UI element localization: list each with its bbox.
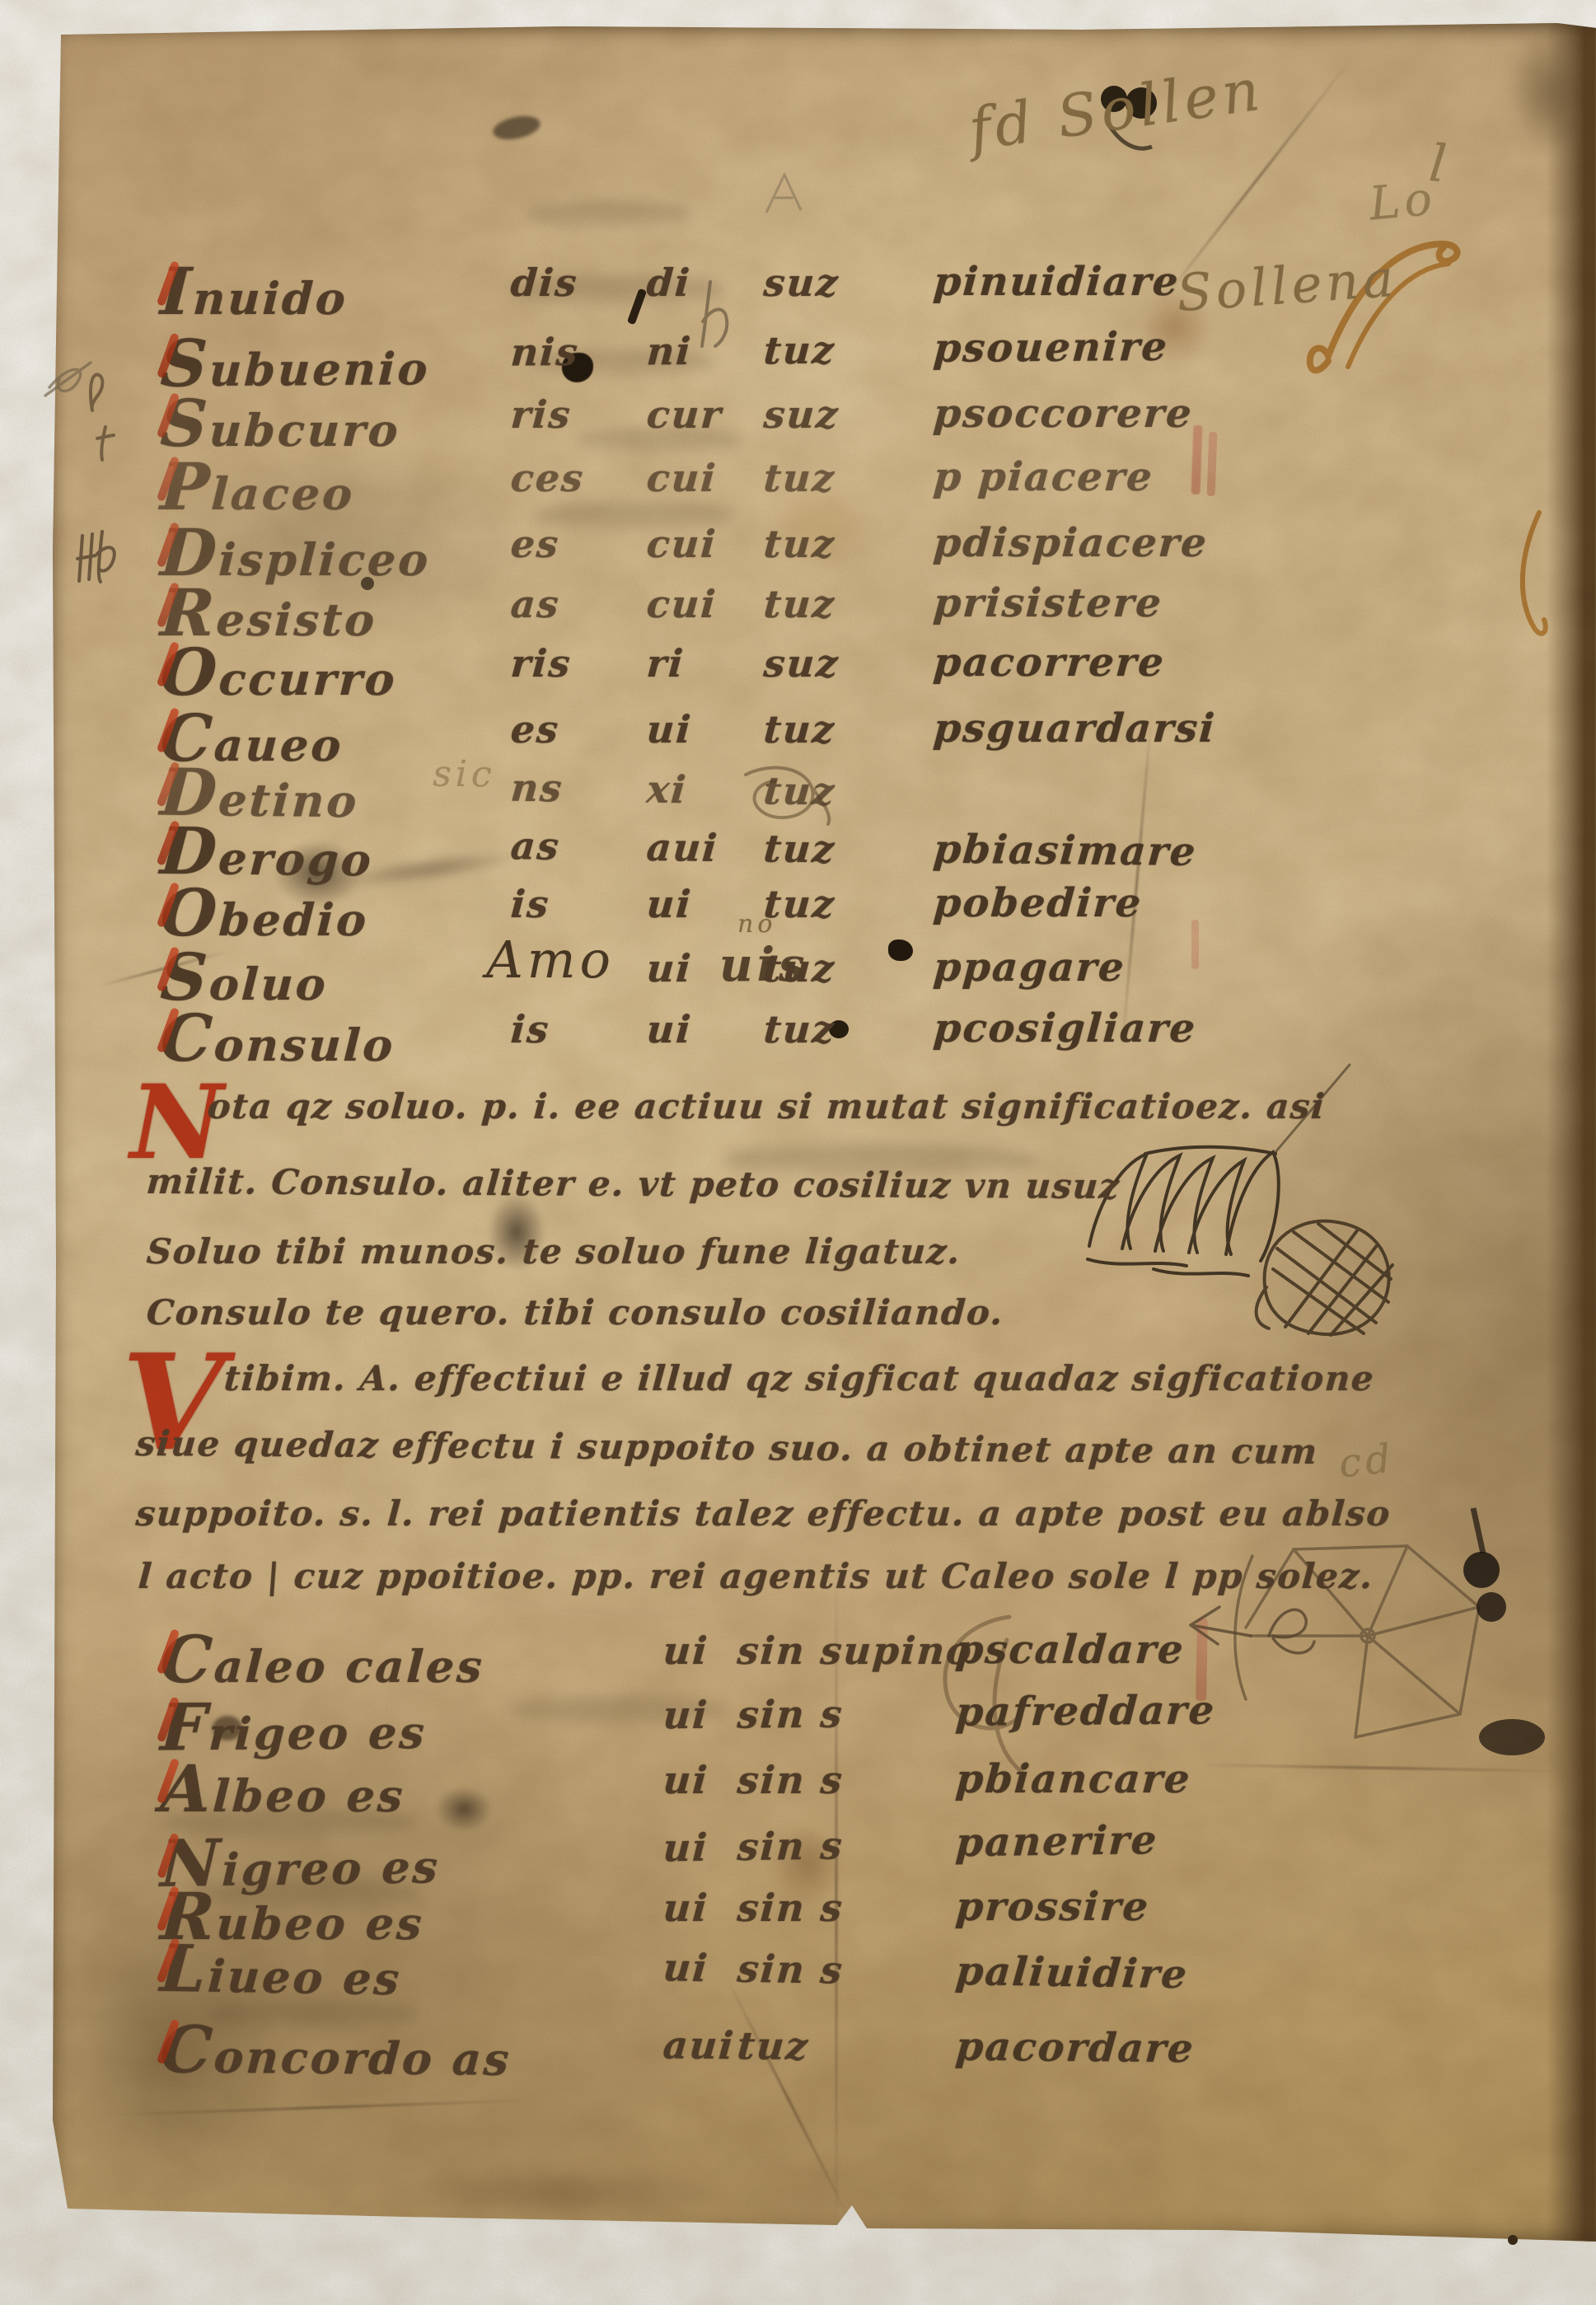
vernacular-gloss: pacordare <box>954 2024 1196 2072</box>
supine-note: sin s <box>736 1692 845 1737</box>
supine-note: tuz <box>736 2023 811 2068</box>
verb-ending: ris <box>509 641 573 686</box>
supine-note: sin supino <box>736 1628 975 1673</box>
vernacular-gloss: pacorrere <box>932 639 1167 686</box>
verb-ending: nis <box>509 330 580 375</box>
vernacular-gloss: psouenire <box>932 324 1170 372</box>
interlinear-superscript: no <box>737 910 776 939</box>
verb-ending: ns <box>509 766 565 811</box>
supine-ending: tuz <box>762 582 837 626</box>
verb-lemma: Inuido <box>159 254 350 330</box>
paragraph-line: tibim. A. effectiui e illud qz sigficat … <box>222 1358 1376 1398</box>
supine-note: sin s <box>736 1758 845 1802</box>
vernacular-gloss: pscaldare <box>954 1627 1186 1673</box>
verb-lemma: Occurro <box>159 635 400 710</box>
table-row: Soluo Amo no uis ui tuz ppagare <box>161 939 1446 1005</box>
table-row: Inuido dis di suz pinuidiare <box>161 254 1446 320</box>
perfect-ending: ri <box>645 641 686 686</box>
vernacular-gloss: pbiancare <box>954 1756 1192 1802</box>
manuscript-scan: fd Sollen Sollena l Lo cd Inuido dis di … <box>0 0 1596 2305</box>
perfect-ending: ui <box>662 1758 710 1802</box>
perfect-ending: ui <box>645 707 694 752</box>
paragraph-line: milit. Consulo. aliter e. vt peto cosili… <box>145 1161 1121 1206</box>
perfect-ending: ui <box>662 1945 711 1990</box>
vernacular-gloss: prossire <box>954 1884 1151 1930</box>
binding-edge <box>1547 23 1596 2242</box>
perfect-ending: ui <box>662 1693 709 1737</box>
perfect-ending: ui <box>662 1825 709 1871</box>
verb-ending: as <box>509 823 562 869</box>
verb-ending: ces <box>509 456 586 500</box>
verb-ending: is <box>509 882 551 926</box>
vernacular-gloss: prisistere <box>932 580 1164 626</box>
perfect-ending: aui <box>662 2023 737 2068</box>
paragraph-line: ota qz soluo. p. i. ee actiuu si mutat s… <box>206 1086 1327 1127</box>
vernacular-gloss: psguardarsi <box>932 705 1218 752</box>
perfect-ending: xi <box>645 767 689 813</box>
table-row: Placeo ces cui tuz p piacere <box>161 449 1446 515</box>
perfect-ending: ui <box>662 1886 710 1930</box>
supine-ending: tuz <box>762 1007 837 1052</box>
supine-ending: tuz <box>762 328 836 373</box>
perfect-ending: cui <box>645 582 718 626</box>
vernacular-gloss: pafreddare <box>954 1687 1217 1735</box>
supine-ending: tuz <box>762 522 837 566</box>
supine-ending: tuz <box>762 707 837 752</box>
vernacular-gloss: paliuidire <box>954 1948 1191 1998</box>
perfect-ending: ui <box>645 882 694 926</box>
supine-ending: suz <box>762 641 840 686</box>
table-row: Displiceo es cui tuz pdispiacere <box>161 515 1446 581</box>
paragraph-line: l acto | cuz ppoitioe. pp. rei agentis u… <box>137 1556 1374 1596</box>
verb-lemma: Caleo cales <box>159 1622 487 1698</box>
supine-note: sin s <box>736 1886 845 1930</box>
vernacular-gloss: panerire <box>954 1817 1159 1866</box>
perfect-ending: cur <box>645 392 723 437</box>
verb-ending: es <box>509 522 561 566</box>
paragraph-line: siue quedaz effectu i suppoito suo. a ob… <box>134 1423 1319 1472</box>
verb-ending: ris <box>509 392 573 437</box>
supine-note: sin s <box>736 1947 845 1993</box>
perfect-ending: di <box>645 260 692 305</box>
table-row: Consulo is ui tuz pcosigliare <box>161 1000 1446 1066</box>
verb-lemma: Albeo es <box>159 1751 408 1827</box>
paragraph-line: suppoito. s. l. rei patientis talez effe… <box>134 1493 1392 1534</box>
supine-ending: suz <box>762 392 840 437</box>
perfect-ending: ui <box>645 1007 694 1052</box>
paragraph-line: Soluo tibi munos. te soluo fune ligatuz. <box>145 1231 962 1272</box>
vernacular-gloss: psoccorere <box>932 391 1195 437</box>
vernacular-gloss: pobedire <box>932 880 1144 926</box>
verb-lemma: Placeo <box>159 449 357 525</box>
interlinear-note: sic <box>433 753 496 796</box>
vernacular-gloss: pcosigliare <box>932 1005 1198 1052</box>
table-row: Resisto as cui tuz prisistere <box>161 575 1446 641</box>
table-row: Albeo es ui sin s pbiancare <box>161 1751 1446 1817</box>
vernacular-gloss: pbiasimare <box>932 827 1199 875</box>
table-row: Obedio is ui tuz pobedire <box>161 875 1446 941</box>
vernacular-gloss: pdispiacere <box>932 520 1210 566</box>
perfect-ending: ui <box>662 1628 710 1673</box>
verb-lemma: Liueo es <box>158 1931 405 2011</box>
vernacular-gloss: p piacere <box>932 454 1155 500</box>
verb-lemma: Concordo as <box>158 2012 514 2091</box>
verb-ending: dis <box>509 260 579 305</box>
verb-ending: as <box>509 582 561 626</box>
table-row: Occurro ris ri suz pacorrere <box>161 635 1446 700</box>
pen-trial-lo: Lo <box>1367 172 1438 232</box>
supine-ending: tuz <box>762 768 837 813</box>
table-row: Caleo cales ui sin supino pscaldare <box>161 1622 1446 1688</box>
perfect-ending: cui <box>645 522 718 566</box>
perfect-ending: ni <box>645 329 693 373</box>
vernacular-gloss: ppagare <box>932 944 1127 991</box>
verb-ending: es <box>509 707 561 752</box>
perfect-ending: cui <box>645 456 718 500</box>
verb-ending: is <box>509 1007 551 1052</box>
interlinear-cursive: Amo <box>486 930 615 990</box>
vernacular-gloss: pinuidiare <box>932 259 1181 305</box>
perfect-ending: aui <box>645 825 720 870</box>
supine-ending: tuz <box>762 946 837 991</box>
table-row: Concordo as aui tuz pacordare <box>161 2012 1447 2089</box>
table-row: Subuenio nis ni tuz psouenire <box>161 317 1447 392</box>
table-row: Subcuro ris cur suz psoccorere <box>161 386 1446 452</box>
supine-ending: tuz <box>762 827 837 872</box>
supine-ending: tuz <box>762 456 837 500</box>
paragraph-line: Consulo te quero. tibi consulo cosiliand… <box>145 1292 1005 1333</box>
table-row: Frigeo es ui sin s pafreddare <box>161 1681 1447 1756</box>
supine-note: sin s <box>736 1823 845 1869</box>
pen-trial-cd: cd <box>1336 1436 1397 1487</box>
perfect-ending: ui <box>645 946 694 991</box>
supine-ending: suz <box>762 260 840 305</box>
